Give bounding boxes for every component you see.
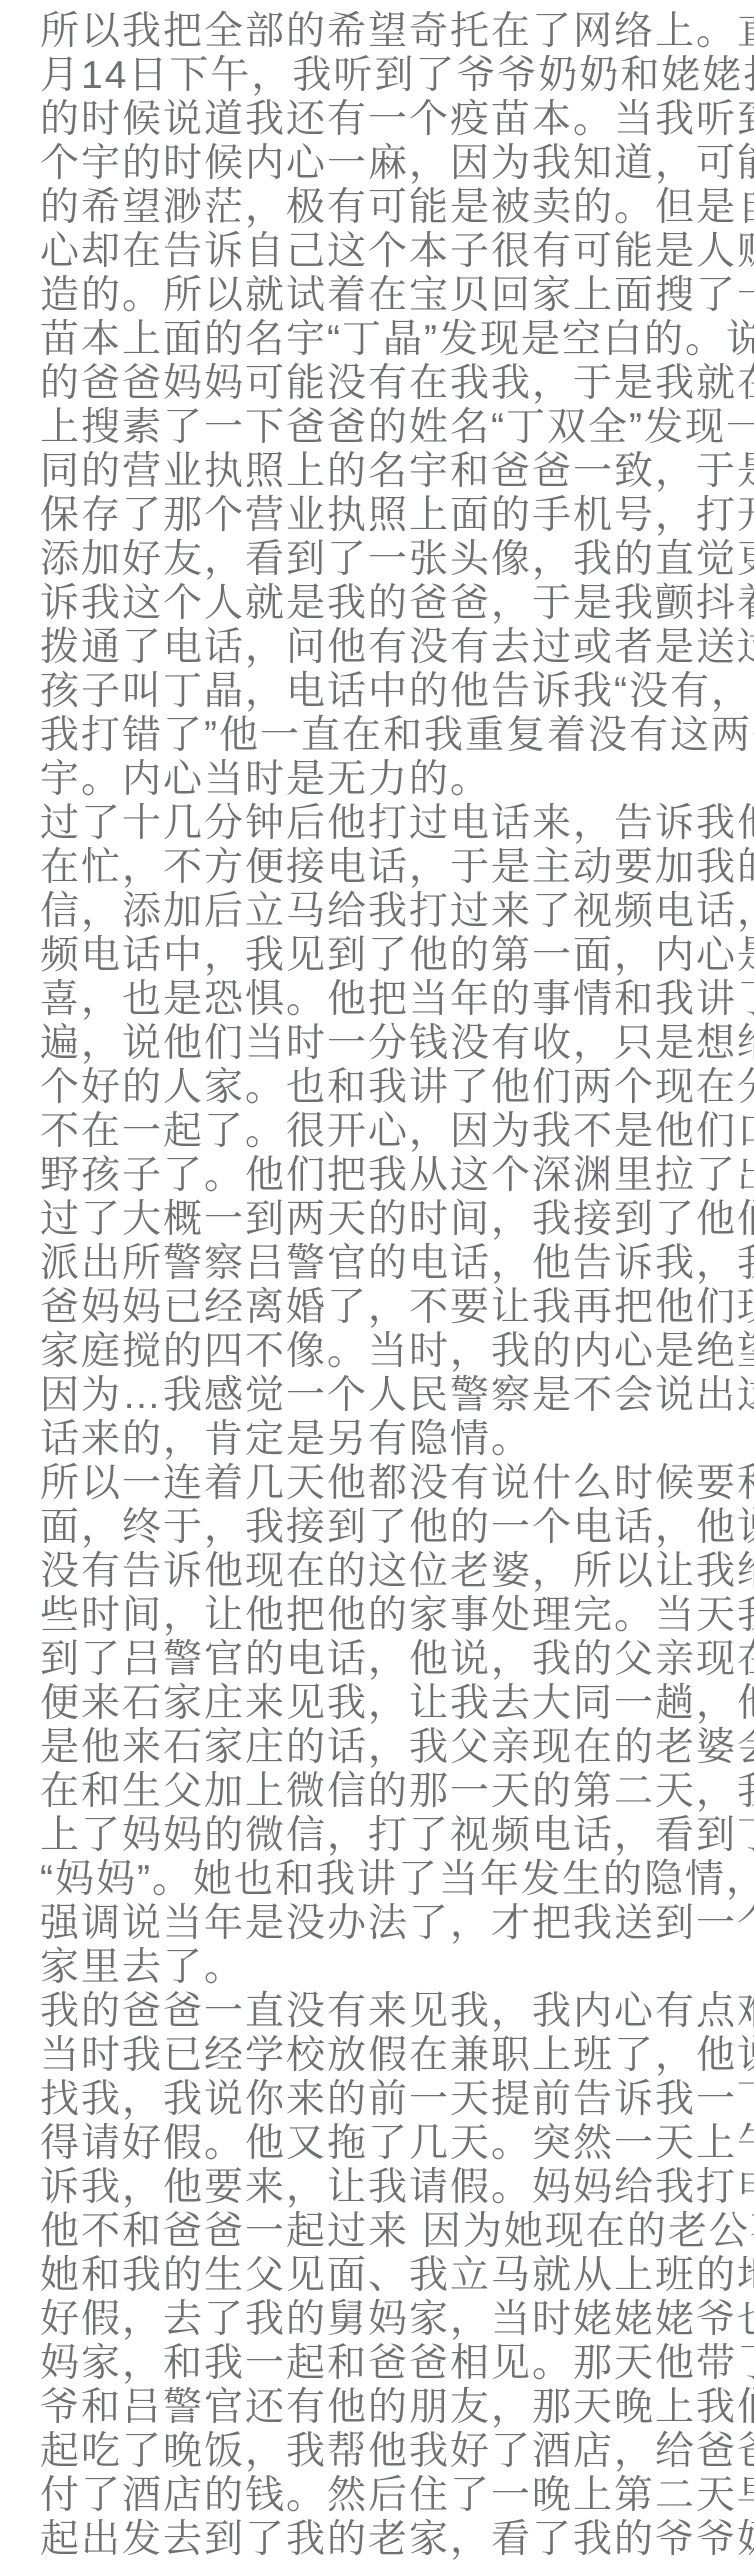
story-line: 个好的人家。也和我讲了他们两个现在分开了 — [40, 1066, 740, 1110]
story-line: 在忙，不方便接电话，于是主动要加我的微 — [40, 846, 740, 890]
story-line: 所以一连着几天他都没有说什么时候要和我见 — [40, 1462, 740, 1506]
story-line: 因为…我感觉一个人民警察是不会说出这样的 — [40, 1374, 740, 1418]
story-line: 上搜素了一下爸爸的姓名“丁双全”发现一个大 — [40, 406, 740, 450]
story-line: 是他来石家庄的话，我父亲现在的老婆会发现... — [40, 1726, 740, 1770]
story-line: 过了大概一到两天的时间，我接到了他们那边 — [40, 1198, 740, 1242]
story-line: 到了吕警官的电话，他说，我的父亲现在不方 — [40, 1638, 740, 1682]
story-line: 强调说当年是没办法了，才把我送到一个好人 — [40, 1902, 740, 1946]
story-line: 添加好友，看到了一张头像，我的直觉更加告 — [40, 538, 740, 582]
story-line: 遍，说他们当时一分钱没有收，只是想给我找 — [40, 1022, 740, 1066]
story-line: 当时我已经学校放假在兼职上班了，他说要来 — [40, 2034, 740, 2078]
story-line: 付了酒店的钱。然后住了一晚上第二天早上一 — [40, 2474, 740, 2518]
story-line: 的爸爸妈妈可能没有在我我，于是我就在百度 — [40, 362, 740, 406]
story-line: 话来的，肯定是另有隐情。 — [40, 1418, 740, 1462]
story-line: 面，终于，我接到了他的一个电话，他说他还 — [40, 1506, 740, 1550]
story-line: 派出所警察吕警官的电话，他告诉我，我的爸 — [40, 1242, 740, 1286]
story-line: 喜，也是恐惧。他把当年的事情和我讲了一 — [40, 978, 740, 1022]
story-line: 爷和吕警官还有他的朋友，那天晚上我们在一 — [40, 2386, 740, 2430]
story-line: 过了十几分钟后他打过电话来，告诉我他刚刚 — [40, 802, 740, 846]
story-line: 在和生父加上微信的那一天的第二天，我也加 — [40, 1770, 740, 1814]
story-line: 孩子叫丁晶，电话中的他告诉我“没有，没有， — [40, 670, 740, 714]
story-line: 野孩子了。他们把我从这个深渊里拉了出来。 — [40, 1154, 740, 1198]
story-line: 频电话中，我见到了他的第一面，内心是欣 — [40, 934, 740, 978]
story-line: 拨通了电话，问他有没有去过或者是送过一个 — [40, 626, 740, 670]
story-line: 她和我的生父见面、我立马就从上班的地方请 — [40, 2254, 740, 2298]
text-page: 所以我把全部的希望奇托在了网络上。直到12月14日下午，我听到了爷爷奶奶和姥姥打… — [0, 0, 754, 2560]
story-line: 的希望渺茫，极有可能是被卖的。但是自己内 — [40, 186, 740, 230]
story-line: 不在一起了。很开心，因为我不是他们口中的 — [40, 1110, 740, 1154]
story-line: 苗本上面的名宇“丁晶”发现是空白的。说明我 — [40, 318, 740, 362]
story-line: 保存了那个营业执照上面的手机号，打开微信 — [40, 494, 740, 538]
story-line: 我打错了”他一直在和我重复着没有这两个 — [40, 714, 740, 758]
story-line: 诉我这个人就是我的爸爸，于是我颤抖着试著 — [40, 582, 740, 626]
story-line: 宇。内心当时是无力的。 — [40, 758, 740, 802]
story-line: 所以我把全部的希望奇托在了网络上。直到12 — [40, 10, 740, 54]
story-line: 便来石家庄来见我，让我去大同一趟，他说要 — [40, 1682, 740, 1726]
story-line: 他不和爸爸一起过来 因为她现在的老公不想让 — [40, 2210, 740, 2254]
story-line: 个宇的时候内心一麻，因为我知道，可能被拐 — [40, 142, 740, 186]
story-line: 得请好假。他又拖了几天。突然一天上午他告 — [40, 2122, 740, 2166]
story-line: 上了妈妈的微信，打了视频电话，看到丁我的 — [40, 1814, 740, 1858]
story-line: 好假，去了我的舅妈家，当时姥姥姥爷也在舅 — [40, 2298, 740, 2342]
story-line: 家庭搅的四不像。当时，我的内心是绝望的， — [40, 1330, 740, 1374]
story-line: 没有告诉他现在的这位老婆，所以让我给他一 — [40, 1550, 740, 1594]
story-line: 我的爸爸一直没有来见我，我内心有点难过， — [40, 1990, 740, 2034]
story-line: 起出发去到了我的老家，看了我的爷爷奶奶， — [40, 2518, 740, 2560]
story-line: 心却在告诉自己这个本子很有可能是人贩子伪 — [40, 230, 740, 274]
story-line: 的时候说道我还有一个疫苗本。当我听到这三 — [40, 98, 740, 142]
story-line: 妈家，和我一起和爸爸相见。那天他带了西爷 — [40, 2342, 740, 2386]
story-line: 造的。所以就试着在宝贝回家上面搜了一下疫 — [40, 274, 740, 318]
story-line: 找我，我说你来的前一天提前告诉我一下，我 — [40, 2078, 740, 2122]
story-line: 月14日下午，我听到了爷爷奶奶和姥姥打电话 — [40, 54, 740, 98]
story-line: “妈妈”。她也和我讲了当年发生的隐情，并且 — [40, 1858, 740, 1902]
story-text: 所以我把全部的希望奇托在了网络上。直到12月14日下午，我听到了爷爷奶奶和姥姥打… — [40, 10, 740, 2560]
story-line: 爸妈妈已经离婚了，不要让我再把他们现在的 — [40, 1286, 740, 1330]
story-line: 起吃了晚饭，我帮他我好了酒店，给爸爸他们 — [40, 2430, 740, 2474]
story-line: 诉我，他要来，让我请假。妈妈给我打电话说 — [40, 2166, 740, 2210]
story-line: 信，添加后立马给我打过来了视频电话，在视 — [40, 890, 740, 934]
story-line: 同的营业执照上的名宇和爸爸一致，于是我就 — [40, 450, 740, 494]
story-line: 些时间，让他把他的家事处理完。当天我也接 — [40, 1594, 740, 1638]
story-line: 家里去了。 — [40, 1946, 740, 1990]
